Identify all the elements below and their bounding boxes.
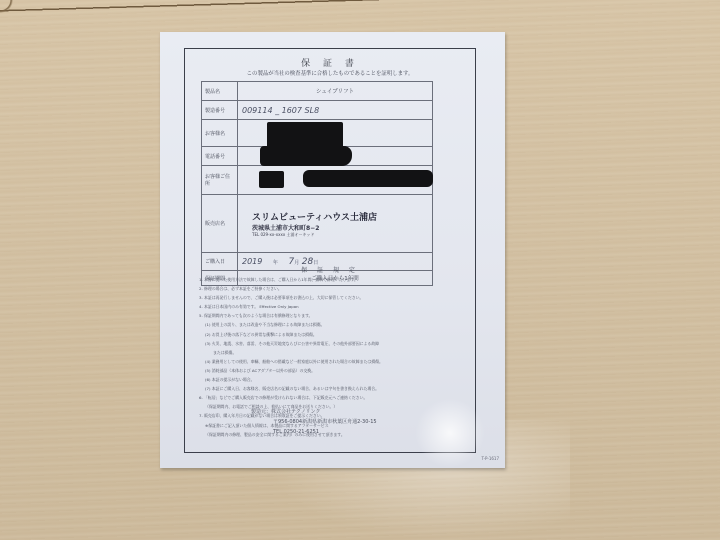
label-phone: 電話番号 <box>202 147 238 166</box>
manufacturer-name: 製造元：株式会社テクノリンク <box>251 407 377 417</box>
term-item: 4. 本証は日本国内のみ有効です。 Effective Only Japan <box>199 302 467 311</box>
term-item: (3) 火災、地震、水害、落雷、その他天災地変ならびに公害や異常電圧、その他外部… <box>199 339 467 348</box>
manufacturer-info: 製造元：株式会社テクノリンク 〒956-0804新潟県新潟市秋葉区舟通2-30-… <box>251 407 377 437</box>
document-title: 保 証 書 <box>185 56 475 69</box>
paper-shine <box>415 398 485 468</box>
document-frame: 保 証 書 この製品が当社の検査基準に合格したものであることを証明します。 製品… <box>184 48 476 453</box>
term-item: (6) 本証の提示がない場合。 <box>199 375 467 384</box>
label-store: 販売店名 <box>202 195 238 253</box>
redaction-phone <box>260 146 352 166</box>
manufacturer-address: 〒956-0804新潟県新潟市秋葉区舟通2-30-15 <box>251 417 377 427</box>
term-item: (7) 本証にご購入日、お客様名、販売店名の記載のない場合、あるいは字句を書き換… <box>199 384 467 393</box>
store-name-stamp: スリムビューティハウス土浦店 <box>252 210 429 223</box>
label-product-name: 製品名 <box>202 82 238 101</box>
term-item: (2) お買上げ後の落下などの異常な衝撃による故障または損傷。 <box>199 330 467 339</box>
value-serial-number: 009114 _ 1607 SL8 <box>238 101 433 120</box>
value-product-name: シェイプリフト <box>238 82 433 101</box>
manufacturer-tel: TEL 0250-21-6251 <box>251 427 377 437</box>
label-customer-name: お客様名 <box>202 120 238 147</box>
term-item: 1. 本書に従った使用方法で故障した場合は、ご購入日から1年間、無料で修理いたし… <box>199 275 467 284</box>
term-item: 2. 修理の場合は、必ず本証をご持参ください。 <box>199 284 467 293</box>
term-item: (5) 消耗部品（本体および ACアダプター以外の部品）の交換。 <box>199 366 467 375</box>
term-item: (1) 使用上の誤り、または改造や不当な修理による故障または損傷。 <box>199 320 467 329</box>
store-tel-stamp: TEL 029-xx-xxxx 土浦オーキッド <box>252 232 429 238</box>
row-serial-number: 製造番号 009114 _ 1607 SL8 <box>202 101 433 120</box>
term-item: (4) 業務用としての使用、車輌、船舶への搭載など一般家庭以外に使用された場合の… <box>199 357 467 366</box>
document-subtitle: この製品が当社の検査基準に合格したものであることを証明します。 <box>185 69 475 77</box>
redaction-address-left <box>259 171 284 188</box>
value-store: スリムビューティハウス土浦店 茨城県土浦市大和町8−2 TEL 029-xx-x… <box>238 195 433 253</box>
redaction-address-right <box>303 170 433 187</box>
table-seam <box>0 0 720 30</box>
store-address-stamp: 茨城県土浦市大和町8−2 <box>252 223 429 232</box>
term-item: または損傷。 <box>199 348 467 357</box>
row-product-name: 製品名 シェイプリフト <box>202 82 433 101</box>
terms-title: 保 証 規 定 <box>185 265 475 274</box>
term-item: 5. 保証期間内であっても次のような場合は有償修理となります。 <box>199 311 467 320</box>
label-serial-number: 製造番号 <box>202 101 238 120</box>
warranty-card: 保 証 書 この製品が当社の検査基準に合格したものであることを証明します。 製品… <box>160 32 505 468</box>
row-store: 販売店名 スリムビューティハウス土浦店 茨城県土浦市大和町8−2 TEL 029… <box>202 195 433 253</box>
label-address: お客様ご住所 <box>202 166 238 195</box>
term-item: 3. 本証は再発行しませんので、ご購入後は必要事項をお書込の上、大切に保管してく… <box>199 293 467 302</box>
